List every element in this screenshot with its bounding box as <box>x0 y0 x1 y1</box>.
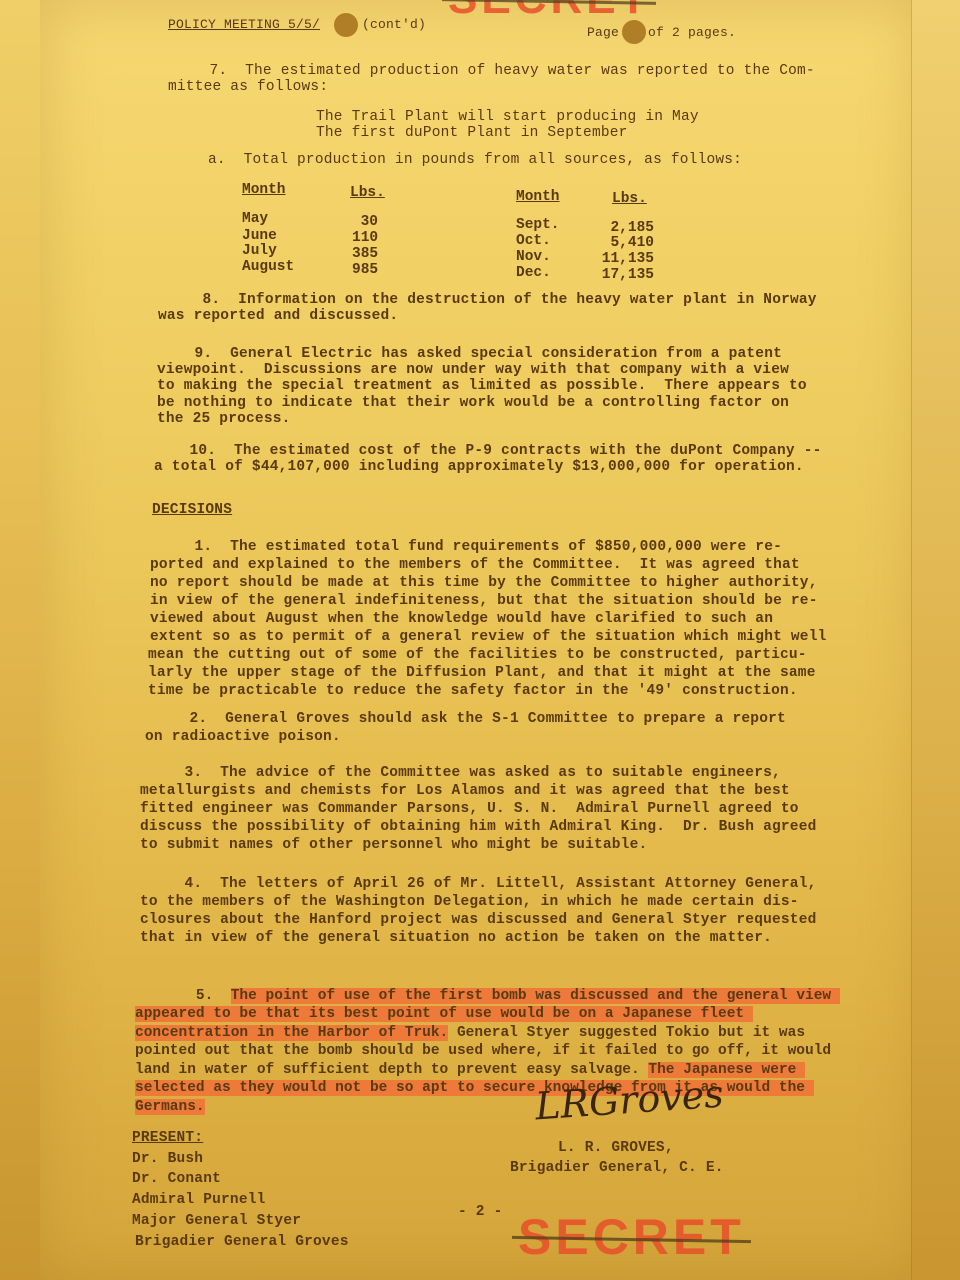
table-cell-month: August <box>242 259 294 275</box>
text-line: a. Total production in pounds from all s… <box>208 152 742 168</box>
text-line: mittee as follows: <box>168 79 328 95</box>
text-line: ported and explained to the members of t… <box>150 557 800 573</box>
table-cell-lbs: 17,135 <box>596 267 654 283</box>
page-count: of 2 pages. <box>648 25 736 40</box>
table-cell-lbs: 110 <box>352 230 378 246</box>
text-line: time be practicable to reduce the safety… <box>148 683 798 699</box>
attendee: Admiral Purnell <box>132 1192 266 1208</box>
text-line: The first duPont Plant in September <box>316 125 628 141</box>
text-line: to submit names of other personnel who m… <box>140 837 647 853</box>
text-line: no report should be made at this time by… <box>150 575 818 591</box>
text-line: mean the cutting out of some of the faci… <box>148 647 807 663</box>
text-line: fitted engineer was Commander Parsons, U… <box>140 801 799 817</box>
text-line: 9. General Electric has asked special co… <box>150 346 782 362</box>
table-cell-month: Sept. <box>516 217 560 233</box>
table-cell-month: May <box>242 211 268 227</box>
redaction-mark <box>334 13 358 37</box>
text-line: 8. Information on the destruction of the… <box>158 292 817 308</box>
table-cell-lbs: 11,135 <box>596 251 654 267</box>
text-line: 1. The estimated total fund requirements… <box>150 539 782 555</box>
text-line: to the members of the Washington Delegat… <box>140 894 799 910</box>
signer-title: Brigadier General, C. E. <box>510 1160 724 1176</box>
attendee: Dr. Bush <box>132 1151 203 1167</box>
text-line: metallurgists and chemists for Los Alamo… <box>140 783 790 799</box>
text-line: 7. The estimated production of heavy wat… <box>165 63 815 79</box>
present-heading: PRESENT: <box>132 1130 203 1146</box>
attendee: Major General Styer <box>132 1213 301 1229</box>
decision-5-number: 5. <box>152 988 230 1004</box>
table-cell-month: June <box>242 228 277 244</box>
text-line: on radioactive poison. <box>145 729 341 745</box>
text-line: the 25 process. <box>157 411 291 427</box>
text-line: be nothing to indicate that their work w… <box>157 395 789 411</box>
page-edge <box>911 0 960 1280</box>
page-marker: - 2 - <box>458 1204 503 1220</box>
header-title: POLICY MEETING 5/5/ <box>168 17 320 32</box>
text-line: closures about the Hanford project was d… <box>140 912 817 928</box>
text-line: viewed about August when the knowledge w… <box>150 611 773 627</box>
table-cell-month: Oct. <box>516 233 551 249</box>
table-cell-month: July <box>242 243 277 259</box>
attendee: Brigadier General Groves <box>135 1234 349 1250</box>
text-line: 2. General Groves should ask the S-1 Com… <box>145 711 786 727</box>
text-line: The Trail Plant will start producing in … <box>316 109 699 125</box>
text-line: in view of the general indefiniteness, b… <box>150 593 818 609</box>
page-label: Page <box>587 25 619 40</box>
table-cell-lbs: 2,185 <box>596 220 654 236</box>
table-cell-lbs: 30 <box>330 214 378 230</box>
attendee: Dr. Conant <box>132 1171 221 1187</box>
table-cell-month: Nov. <box>516 249 551 265</box>
text-line: discuss the possibility of obtaining him… <box>140 819 817 835</box>
header-cont: (cont'd) <box>362 17 426 32</box>
table-header-month: Month <box>516 189 560 205</box>
text-line: extent so as to permit of a general revi… <box>150 629 827 645</box>
table-header-month: Month <box>242 182 286 198</box>
redaction-mark <box>622 20 646 44</box>
text-line: larly the upper stage of the Diffusion P… <box>148 665 816 681</box>
secret-stamp-bottom: SECRET <box>518 1208 745 1266</box>
signer-name: L. R. GROVES, <box>558 1140 674 1156</box>
text-line: was reported and discussed. <box>158 308 398 324</box>
table-cell-month: Dec. <box>516 265 551 281</box>
text-line: to making the special treatment as limit… <box>157 378 807 394</box>
text-line: 4. The letters of April 26 of Mr. Littel… <box>140 876 817 892</box>
secret-stamp-top: SECRET <box>448 0 650 24</box>
decision-5: 5. The point of use of the first bomb wa… <box>135 968 860 1116</box>
table-cell-lbs: 985 <box>352 262 378 278</box>
text-line: 3. The advice of the Committee was asked… <box>140 765 781 781</box>
table-cell-lbs: 385 <box>352 246 378 262</box>
text-line: a total of $44,107,000 including approxi… <box>154 459 804 475</box>
table-header-lbs: Lbs. <box>350 185 385 201</box>
table-cell-lbs: 5,410 <box>596 235 654 251</box>
text-line: that in view of the general situation no… <box>140 930 772 946</box>
text-line: viewpoint. Discussions are now under way… <box>157 362 789 378</box>
table-header-lbs: Lbs. <box>612 191 647 207</box>
text-line: 10. The estimated cost of the P-9 contra… <box>145 443 822 459</box>
decisions-heading: DECISIONS <box>152 502 232 518</box>
